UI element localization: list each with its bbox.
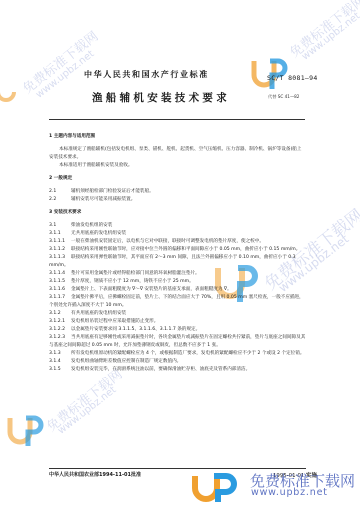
clause-number: 2.1: [49, 188, 71, 196]
clause: 3.1.2.3当共用底座有足够刚性或采用减振垫片时，各块金属垫片或减振垫片在固定…: [49, 334, 306, 350]
clause-number: 3.1.1.3: [49, 254, 71, 262]
clause-text: 所有发电机组原动机的紧配螺栓应为 4 个，或根据制造厂要求，发电机的紧配螺栓应不…: [71, 351, 304, 356]
clause: 3.1.2.1发电机组吊装过程中应采取措施防止变形。: [49, 318, 306, 326]
upbz-logo-icon: [0, 78, 20, 104]
clause-text: 联接结构采用刚性联轴节时，应对接中位兰外圆的偏移和平面间隙应小于 0.05 mm…: [71, 247, 300, 252]
clause-text: 发电机组曲轴臂距差数值应控制在制造厂规定数值内。: [71, 359, 181, 364]
clause: 3.1.3所有发电机组原动机的紧配螺栓应为 4 个，或根据制造厂要求，发电机的紧…: [49, 350, 306, 358]
clause-text: 金属垫片拂平后，应拂螺栓固定前，垫片上、下的结合面应大于 70%，且用 0.05…: [49, 295, 304, 308]
clause: 3.1.2.2以金属垫片安装要求同 3.1.1.5、3.1.1.6、3.1.1.…: [49, 326, 306, 334]
clause-number: 3.1.1.7: [49, 294, 71, 302]
approval-statement: 中华人民共和国农业部1994-11-01批准: [49, 471, 141, 478]
clause: 3.1.1.1一般在柴油机安装固定后，以电机与它对中联接，联接时可调整发电机的垫…: [49, 238, 306, 246]
clause: 3.1.1.7金属垫片拂平后，应拂螺栓固定前，垫片上、下的结合面应大于 70%，…: [49, 294, 306, 310]
clause-number: 3.1.4: [49, 358, 71, 366]
clause: 3.1.1.6金属垫片上、下表面粗糙度为 ∇～∇ 安装垫片的基座支承面，表面粗糙…: [49, 286, 306, 294]
clause-text: 以金属垫片安装要求同 3.1.1.5、3.1.1.6、3.1.1.7 条的规定。: [71, 327, 200, 332]
watermark-brand: 免费标准下载网: [18, 26, 101, 97]
clause-text: 垫片可采用金属垫片或经得船检部门同意的环氧树脂灌注垫片。: [71, 271, 200, 276]
clause-text: 柴油发电机组的安装: [71, 223, 112, 228]
clause-text: 金属垫片上、下表面粗糙度为 ∇～∇ 安装垫片的基座支承面，表面粗糙度为 ∇。: [71, 287, 232, 292]
upbz-logo-icon: [190, 472, 250, 504]
paragraph: 本标准适用于渔船辅机安装及验收。: [49, 162, 306, 170]
clause-text: 辅机安装尽可能采用减振装置。: [71, 197, 135, 202]
watermark-brand: 免费标准下载网: [285, 0, 360, 61]
clause-number: 3.1.2.1: [49, 318, 71, 326]
clause-text: 一般在柴油机安装固定后，以电机与它对中联接，联接时可调整发电机的垫片厚度，使之校…: [71, 239, 264, 244]
clause: 3.1.1.4垫片可采用金属垫片或经得船检部门同意的环氧树脂灌注垫片。: [49, 270, 306, 278]
clause: 3.1.1无共用底座的发电机组安装: [49, 230, 306, 238]
clause-text: 无共用底座的发电机组安装: [71, 231, 126, 236]
document-page: 免费标准下载网 www.upbz.net 免费标准下载网 www.upbz.ne…: [0, 0, 360, 505]
replaces-standard: 代替 SC 41—82: [268, 94, 299, 100]
watermark-url: www.upbz.net: [300, 10, 360, 62]
watermark-url: www.upbz.net: [56, 384, 118, 436]
upbz-logo-icon: [4, 412, 44, 452]
clause-text: 发电机组安装完毕，在润滑系统注油以前，要确保滑油贮存柜、油底壳及管系内部清洁。: [71, 367, 250, 372]
clause: 3.1.5发电机组安装完毕，在润滑系统注油以前，要确保滑油贮存柜、油底壳及管系内…: [49, 366, 306, 374]
clause-number: 3.1.1.6: [49, 286, 71, 294]
clause-number: 3.1.3: [49, 350, 71, 358]
clause-number: 3.1.1.4: [49, 270, 71, 278]
section-heading: 3 安装技术要求: [49, 209, 306, 217]
clause-number: 3.1.1: [49, 230, 71, 238]
section-heading: 2 一般规定: [49, 175, 306, 183]
clause-number: 3.1.2: [49, 310, 71, 318]
watermark-brand: 免费标准下载网: [42, 364, 125, 435]
clause: 3.1.4发电机组曲轴臂距差数值应控制在制造厂规定数值内。: [49, 358, 306, 366]
clause: 3.1柴油发电机组的安装: [49, 222, 306, 230]
clause: 2.1辅机须经船检部门检验发证后才能装船。: [49, 188, 306, 196]
paragraph: 本标准规定了渔船辅机(包括发电机组、泵类、锚机、舵机、起货机、空气压缩机、压力容…: [49, 146, 306, 162]
brand-url: www.upbz.net: [251, 487, 328, 498]
clause-text: 有共用底座的发电机组安装: [71, 311, 126, 316]
clause-text: 垫片厚度，钢质不应小于 12 mm，铸铁不应小于 25 mm。: [71, 279, 194, 284]
clause-number: 3.1.2.3: [49, 334, 71, 342]
clause-number: 2.2: [49, 196, 71, 204]
clause: 3.1.1.5垫片厚度，钢质不应小于 12 mm，铸铁不应小于 25 mm。: [49, 278, 306, 286]
clause-text: 联接结构采用弹性联轴节时，其平面应有 2～3 mm 间隙，且法兰外圆偏移应小于 …: [49, 255, 296, 268]
clause-number: 3.1.1.5: [49, 278, 71, 286]
section-heading: 1 主题内容与适用范围: [49, 133, 306, 141]
document-body: 1 主题内容与适用范围 本标准规定了渔船辅机(包括发电机组、泵类、锚机、舵机、起…: [49, 133, 306, 374]
clause-number: 3.1.1.2: [49, 246, 71, 254]
document-title: 渔船辅机安装技术要求: [92, 90, 230, 105]
clause: 3.1.1.2联接结构采用刚性联轴节时，应对接中位兰外圆的偏移和平面间隙应小于 …: [49, 246, 306, 254]
standard-number: SC/T 8081—94: [267, 74, 318, 82]
footer-divider: [49, 468, 306, 469]
clause-text: 辅机须经船检部门检验发证后才能装船。: [71, 189, 154, 194]
clause-number: 3.1.1.1: [49, 238, 71, 246]
clause: 3.1.1.3联接结构采用弹性联轴节时，其平面应有 2～3 mm 间隙，且法兰外…: [49, 254, 306, 270]
clause: 3.1.2有共用底座的发电机组安装: [49, 310, 306, 318]
clause-number: 3.1.2.2: [49, 326, 71, 334]
clause-text: 发电机组吊装过程中应采取措施防止变形。: [71, 319, 158, 324]
clause-number: 3.1.5: [49, 366, 71, 374]
header-divider: [49, 119, 305, 120]
issuing-organization: 中华人民共和国水产行业标准: [84, 69, 209, 80]
clause: 2.2辅机安装尽可能采用减振装置。: [49, 196, 306, 204]
clause-number: 3.1: [49, 222, 71, 230]
clause-text: 当共用底座有足够刚性或采用减振垫片时，各块金属垫片或减振垫片在固定螺栓共拧紧前，…: [49, 335, 305, 348]
